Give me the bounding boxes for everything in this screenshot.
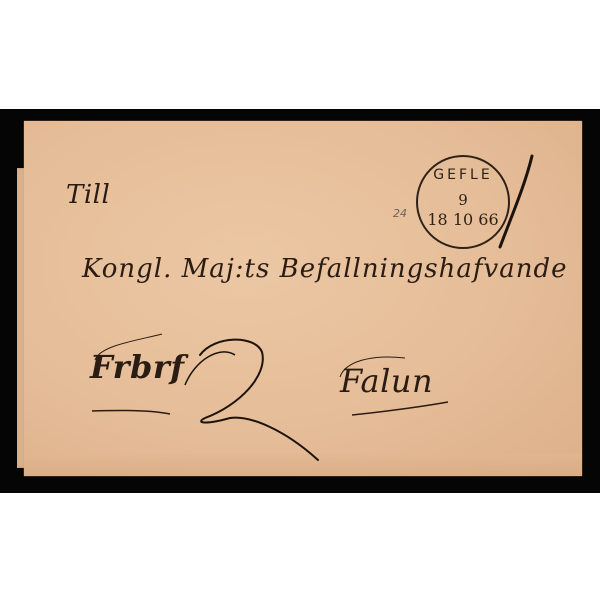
postmark-hour: 9 — [418, 191, 508, 209]
address-salutation: Till — [66, 180, 110, 210]
franking-notation: Frbrf — [90, 348, 185, 386]
postmark-cancel: GEFLE 9 18 10 66 — [416, 155, 510, 249]
address-destination: Falun — [340, 362, 433, 400]
postmark-date: 18 10 66 — [418, 210, 508, 229]
postmark-town: GEFLE — [418, 167, 508, 183]
address-recipient: Kongl. Maj:ts Befallningshafvande — [82, 254, 568, 284]
pencil-notation: 24 — [393, 207, 407, 220]
